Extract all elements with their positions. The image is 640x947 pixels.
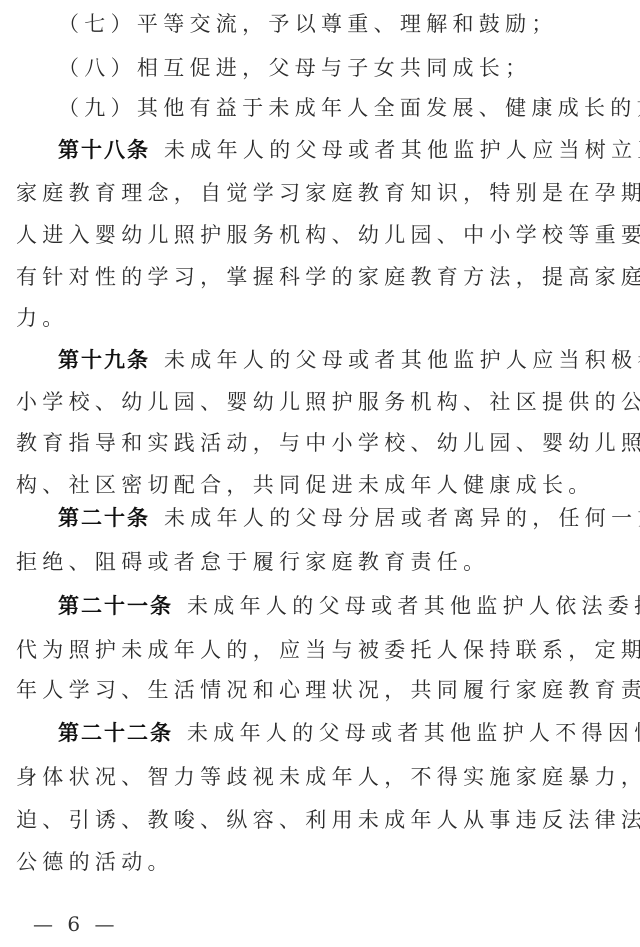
article-heading: 第二十二条 (58, 721, 173, 745)
article-18-line: 第十八条未成年人的父母或者其他监护人应当树立正确的 (58, 135, 640, 165)
article-heading: 第二十一条 (58, 594, 173, 618)
list-item: （七）平等交流，予以尊重、理解和鼓励； (58, 9, 640, 39)
page-number: — 6 — (33, 909, 118, 939)
article-19-line: 第十九条未成年人的父母或者其他监护人应当积极参加中 (58, 345, 640, 375)
article-21-line: 年人学习、生活情况和心理状况，共同履行家庭教育责任。 (16, 675, 626, 705)
article-19-line: 教育指导和实践活动，与中小学校、幼儿园、婴幼儿照护服务机 (16, 428, 626, 458)
article-heading: 第十八条 (58, 138, 150, 162)
article-19-line: 构、社区密切配合，共同促进未成年人健康成长。 (16, 470, 626, 500)
article-21-line: 代为照护未成年人的，应当与被委托人保持联系，定期了解未成 (16, 635, 626, 665)
article-heading: 第二十条 (58, 506, 150, 530)
article-18-line: 家庭教育理念，自觉学习家庭教育知识，特别是在孕期和未成年 (16, 178, 626, 208)
article-text: 未成年人的父母或者其他监护人应当积极参加中 (164, 348, 640, 372)
list-item: （八）相互促进，父母与子女共同成长； (58, 53, 640, 83)
article-22-line: 公德的活动。 (16, 847, 626, 877)
article-text: 未成年人的父母或者其他监护人应当树立正确的 (164, 138, 640, 162)
article-18-line: 人进入婴幼儿照护服务机构、幼儿园、中小学校等重要时段进行 (16, 220, 626, 250)
article-18-line: 力。 (16, 303, 626, 333)
article-text: 未成年人的父母分居或者离异的，任何一方不得 (164, 506, 640, 530)
article-20-line: 第二十条未成年人的父母分居或者离异的，任何一方不得 (58, 503, 640, 533)
article-20-line: 拒绝、阻碍或者怠于履行家庭教育责任。 (16, 547, 626, 577)
article-text: 未成年人的父母或者其他监护人不得因性别、 (187, 721, 640, 745)
article-18-line: 有针对性的学习，掌握科学的家庭教育方法，提高家庭教育的能 (16, 262, 626, 292)
list-item: （九）其他有益于未成年人全面发展、健康成长的方式方法。 (58, 93, 640, 123)
article-heading: 第十九条 (58, 348, 150, 372)
article-19-line: 小学校、幼儿园、婴幼儿照护服务机构、社区提供的公益性家庭 (16, 387, 626, 417)
article-22-line: 迫、引诱、教唆、纵容、利用未成年人从事违反法律法规和社会 (16, 805, 626, 835)
article-21-line: 第二十一条未成年人的父母或者其他监护人依法委托他人 (58, 591, 640, 621)
article-22-line: 第二十二条未成年人的父母或者其他监护人不得因性别、 (58, 718, 640, 748)
article-22-line: 身体状况、智力等歧视未成年人，不得实施家庭暴力，不得胁 (16, 762, 626, 792)
article-text: 未成年人的父母或者其他监护人依法委托他人 (187, 594, 640, 618)
